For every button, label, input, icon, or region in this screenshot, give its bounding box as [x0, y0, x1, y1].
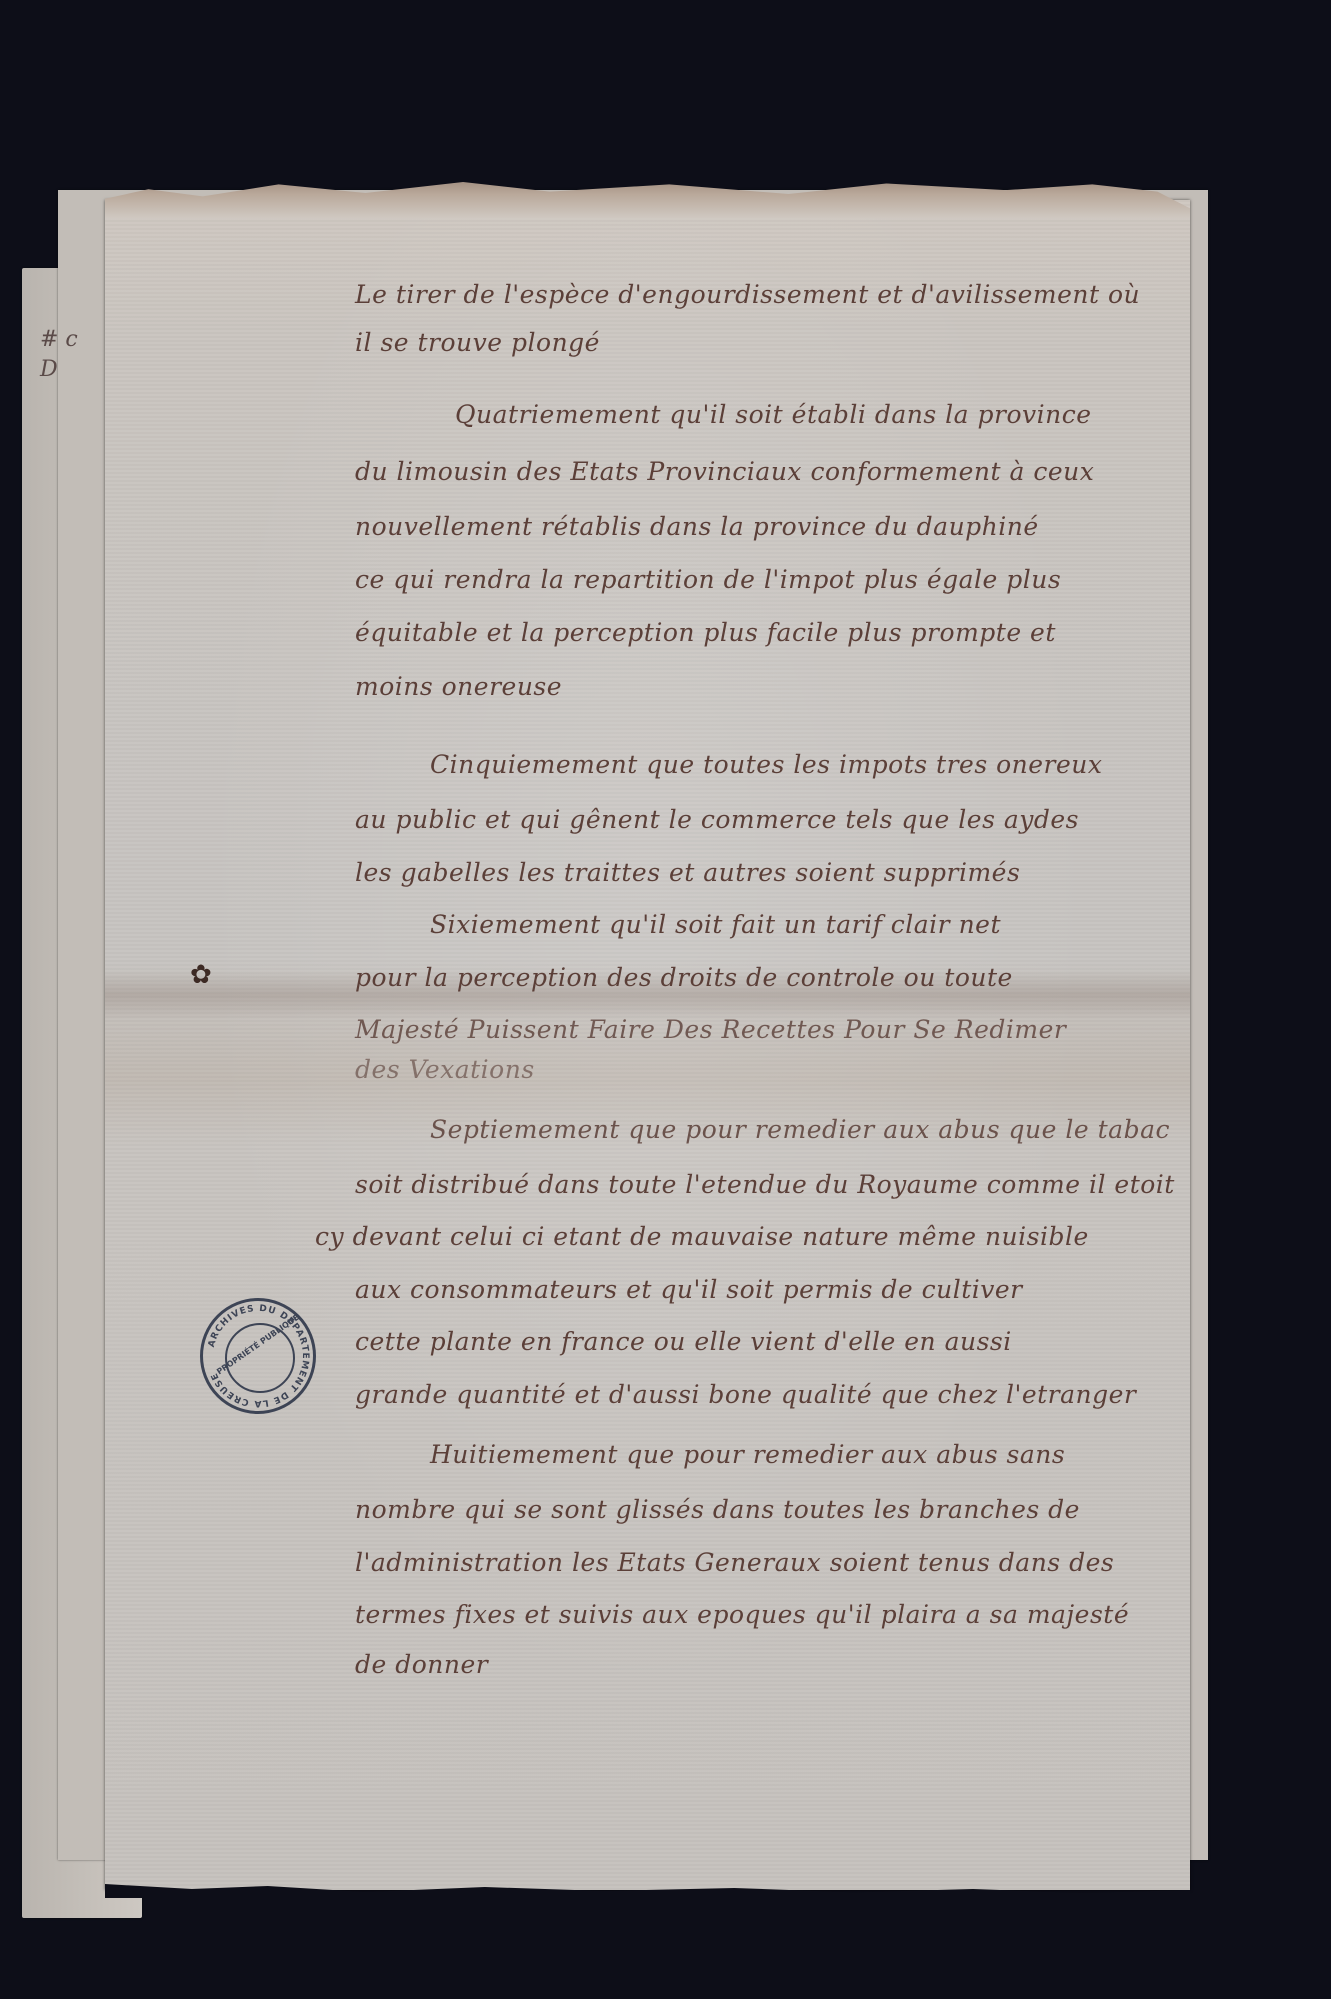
torn-bottom-edge [105, 1878, 1190, 1898]
text-line: cette plante en france ou elle vient d'e… [355, 1327, 1012, 1356]
text-line: nouvellement rétablis dans la province d… [355, 512, 1039, 541]
text-line: soit distribué dans toute l'etendue du R… [355, 1170, 1175, 1199]
text-line: l'administration les Etats Generaux soie… [355, 1548, 1114, 1577]
text-line: grande quantité et d'aussi bone qualité … [355, 1380, 1136, 1409]
margin-note-line: D [40, 355, 78, 385]
text-line: Cinquiemement que toutes les impots tres… [430, 750, 1103, 779]
text-line: moins onereuse [355, 672, 562, 701]
text-line: Le tirer de l'espèce d'engourdissement e… [355, 280, 1140, 309]
text-line: les gabelles les traittes et autres soie… [355, 858, 1020, 887]
text-line: des Vexations [355, 1055, 535, 1084]
text-line: cy devant celui ci etant de mauvaise nat… [315, 1222, 1089, 1251]
text-line: Septiemement que pour remedier aux abus … [430, 1115, 1170, 1144]
text-line: aux consommateurs et qu'il soit permis d… [355, 1275, 1023, 1304]
text-line: il se trouve plongé [355, 328, 600, 357]
text-line: ce qui rendra la repartition de l'impot … [355, 565, 1061, 594]
margin-note-line: # c [40, 325, 78, 355]
text-line: de donner [355, 1650, 488, 1679]
text-line: Sixiemement qu'il soit fait un tarif cla… [430, 910, 1001, 939]
text-line: Quatriemement qu'il soit établi dans la … [455, 400, 1092, 429]
ink-blot-icon: ✿ [190, 960, 220, 990]
text-line: termes fixes et suivis aux epoques qu'il… [355, 1600, 1129, 1629]
text-line: équitable et la perception plus facile p… [355, 618, 1056, 647]
torn-top-edge [105, 170, 1190, 218]
archive-stamp: ARCHIVES DU DÉPARTEMENT DE LA CREUSE PRO… [200, 1298, 316, 1414]
margin-note: # c D [40, 325, 78, 385]
text-line: au public et qui gênent le commerce tels… [355, 805, 1079, 834]
text-line: nombre qui se sont glissés dans toutes l… [355, 1495, 1080, 1524]
text-line: pour la perception des droits de control… [355, 963, 1013, 992]
text-line: Majesté Puissent Faire Des Recettes Pour… [355, 1015, 1066, 1044]
text-line: Huitiemement que pour remedier aux abus … [430, 1440, 1065, 1469]
manuscript-page: Le tirer de l'espèce d'engourdissement e… [105, 200, 1190, 1890]
text-line: du limousin des Etats Provinciaux confor… [355, 457, 1094, 486]
